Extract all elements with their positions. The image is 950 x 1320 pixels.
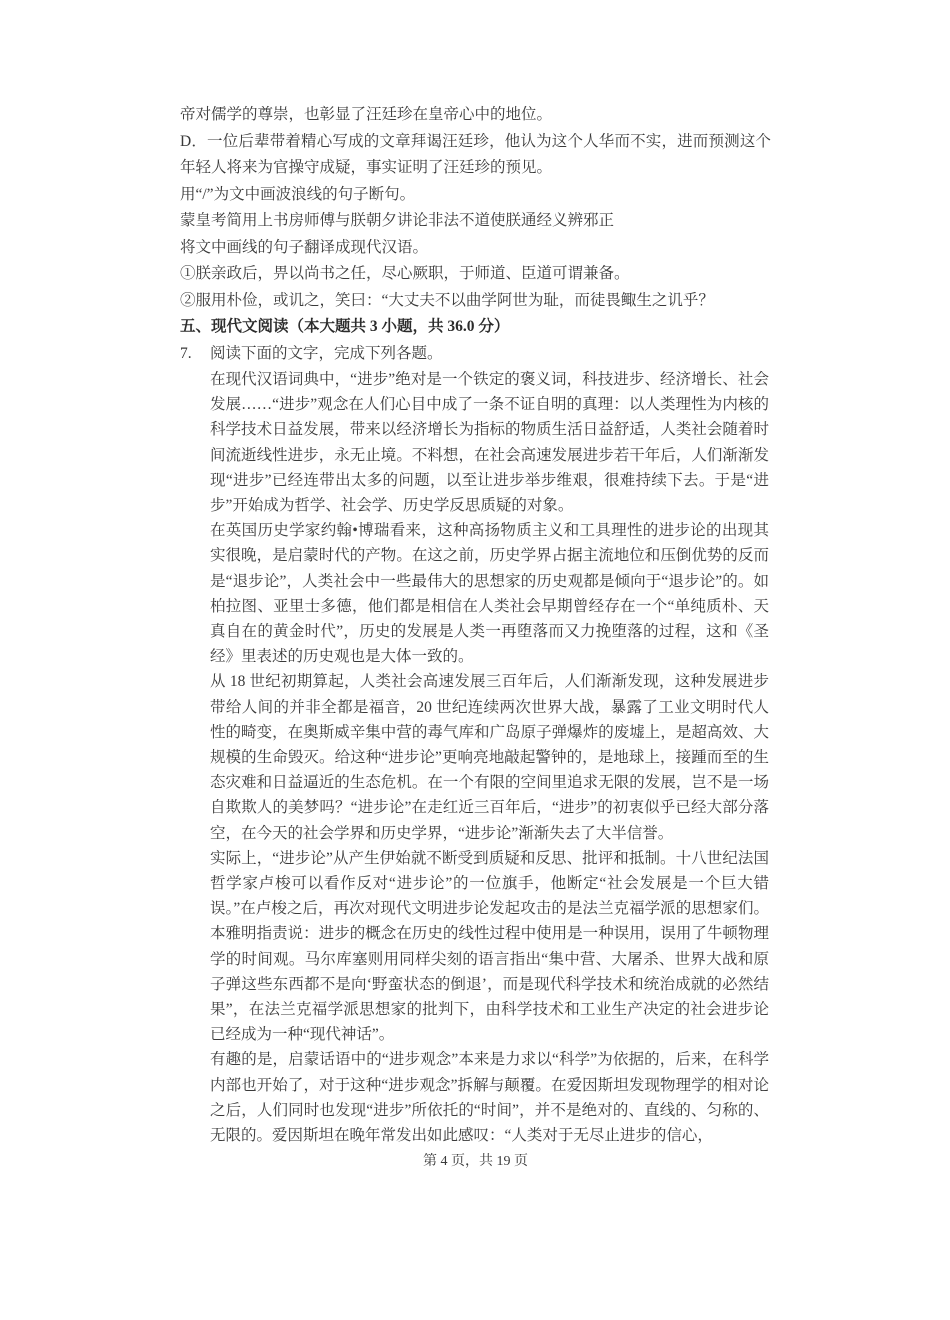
question-number: 7. [180,341,210,368]
passage-paragraph-1: 在现代汉语词典中，“进步”绝对是一个铁定的褒义词，科技进步、经济增长、社会发展…… [210,367,769,518]
sentence-to-punctuate: 蒙皇考简用上书房师傅与朕朝夕讲论非法不道使朕通经义辨邪正 [180,208,771,235]
section-heading: 五、现代文阅读（本大题共 3 小题，共 36.0 分） [180,314,771,341]
passage-paragraph-3: 从 18 世纪初期算起，人类社会高速发展三百年后，人们渐渐发现，这种发展进步带给… [210,669,769,845]
answer-continuation-line: 帝对儒学的尊崇，也彰显了汪廷珍在皇帝心中的地位。 [180,102,771,129]
passage-paragraph-4: 实际上，“进步论”从产生伊始就不断受到质疑和反思、批评和抵制。十八世纪法国哲学家… [210,846,769,1048]
punctuation-instruction: 用“/”为文中画波浪线的句子断句。 [180,182,771,209]
choice-d: D．一位后辈带着精心写成的文章拜谒汪廷珍，他认为这个人华而不实，进而预测这个年轻… [180,129,771,182]
page-footer: 第 4 页，共 19 页 [180,1150,771,1170]
top-section: 帝对儒学的尊崇，也彰显了汪廷珍在皇帝心中的地位。 D．一位后辈带着精心写成的文章… [180,102,771,341]
question-prompt: 阅读下面的文字，完成下列各题。 [210,341,771,368]
translation-sentence-1: ①朕亲政后，畀以尚书之任，尽心厥职，于师道、臣道可谓兼备。 [180,261,771,288]
reading-passage: 在现代汉语词典中，“进步”绝对是一个铁定的褒义词，科技进步、经济增长、社会发展…… [210,367,769,1148]
exam-page: 帝对儒学的尊崇，也彰显了汪廷珍在皇帝心中的地位。 D．一位后辈带着精心写成的文章… [0,0,950,1320]
question-7: 7. 阅读下面的文字，完成下列各题。 [180,341,771,368]
translation-instruction: 将文中画线的句子翻译成现代汉语。 [180,235,771,262]
translation-sentence-2: ②服用朴俭，或讥之，笑曰：“大丈夫不以曲学阿世为耻，而徒畏鲰生之讥乎？ [180,288,771,315]
passage-paragraph-5: 有趣的是，启蒙话语中的“进步观念”本来是力求以“科学”为依据的，后来，在科学内部… [210,1047,769,1148]
passage-paragraph-2: 在英国历史学家约翰•博瑞看来，这种高扬物质主义和工具理性的进步论的出现其实很晚，… [210,518,769,669]
page-content: 帝对儒学的尊崇，也彰显了汪廷珍在皇帝心中的地位。 D．一位后辈带着精心写成的文章… [180,102,771,1148]
